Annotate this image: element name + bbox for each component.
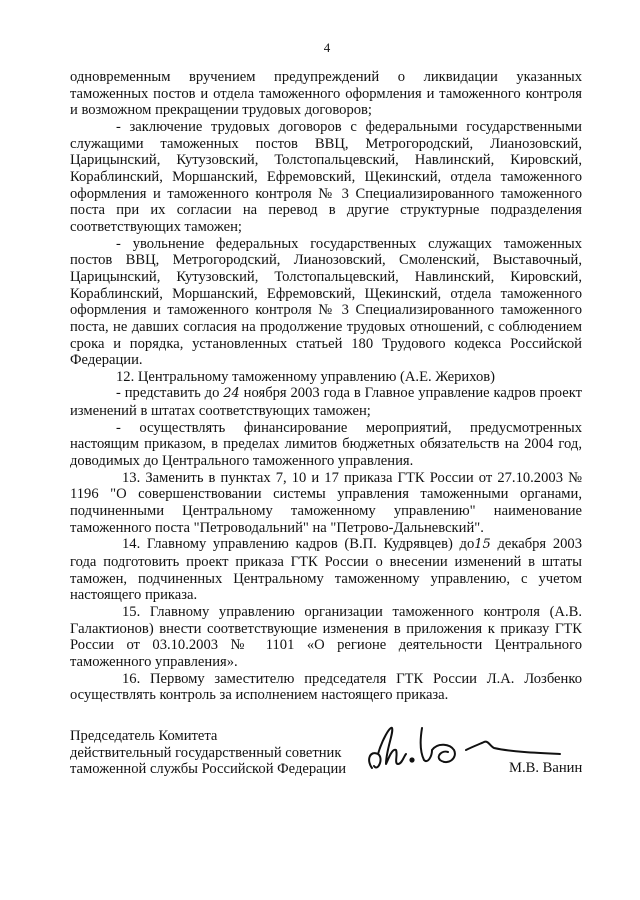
document-body: одновременным вручением предупреждений о…: [70, 69, 582, 704]
paragraph-financing: - осуществлять финансирование мероприяти…: [70, 420, 582, 470]
paragraph-continuation: одновременным вручением предупреждений о…: [70, 69, 582, 119]
paragraph-item-12: 12. Центральному таможенному управлению …: [70, 369, 582, 386]
signature-block-title: Председатель Комитета действительный гос…: [70, 728, 346, 778]
page-number: 4: [0, 40, 640, 56]
paragraph-dismissal: - увольнение федеральных государственных…: [70, 236, 582, 369]
paragraph-submit-draft: - представить до 24 ноября 2003 года в Г…: [70, 385, 582, 419]
signer-title-line: таможенной службы Российской Федерации: [70, 761, 346, 778]
handwritten-date: 24: [223, 386, 240, 401]
signer-title-line: действительный государственный советник: [70, 745, 346, 762]
paragraph-text: - представить до: [116, 385, 223, 401]
handwritten-date: 15: [474, 537, 491, 552]
paragraph-item-14: 14. Главному управлению кадров (В.П. Куд…: [70, 536, 582, 604]
paragraph-item-16: 16. Первому заместителю председателя ГТК…: [70, 671, 582, 704]
signer-title-line: Председатель Комитета: [70, 728, 346, 745]
paragraph-item-13: 13. Заменить в пунктах 7, 10 и 17 приказ…: [70, 470, 582, 537]
paragraph-text: 14. Главному управлению кадров (В.П. Куд…: [122, 536, 474, 552]
signer-name: М.В. Ванин: [509, 760, 582, 777]
paragraph-item-15: 15. Главному управлению организации тамо…: [70, 604, 582, 671]
paragraph-employment-contracts: - заключение трудовых договоров с федера…: [70, 119, 582, 236]
